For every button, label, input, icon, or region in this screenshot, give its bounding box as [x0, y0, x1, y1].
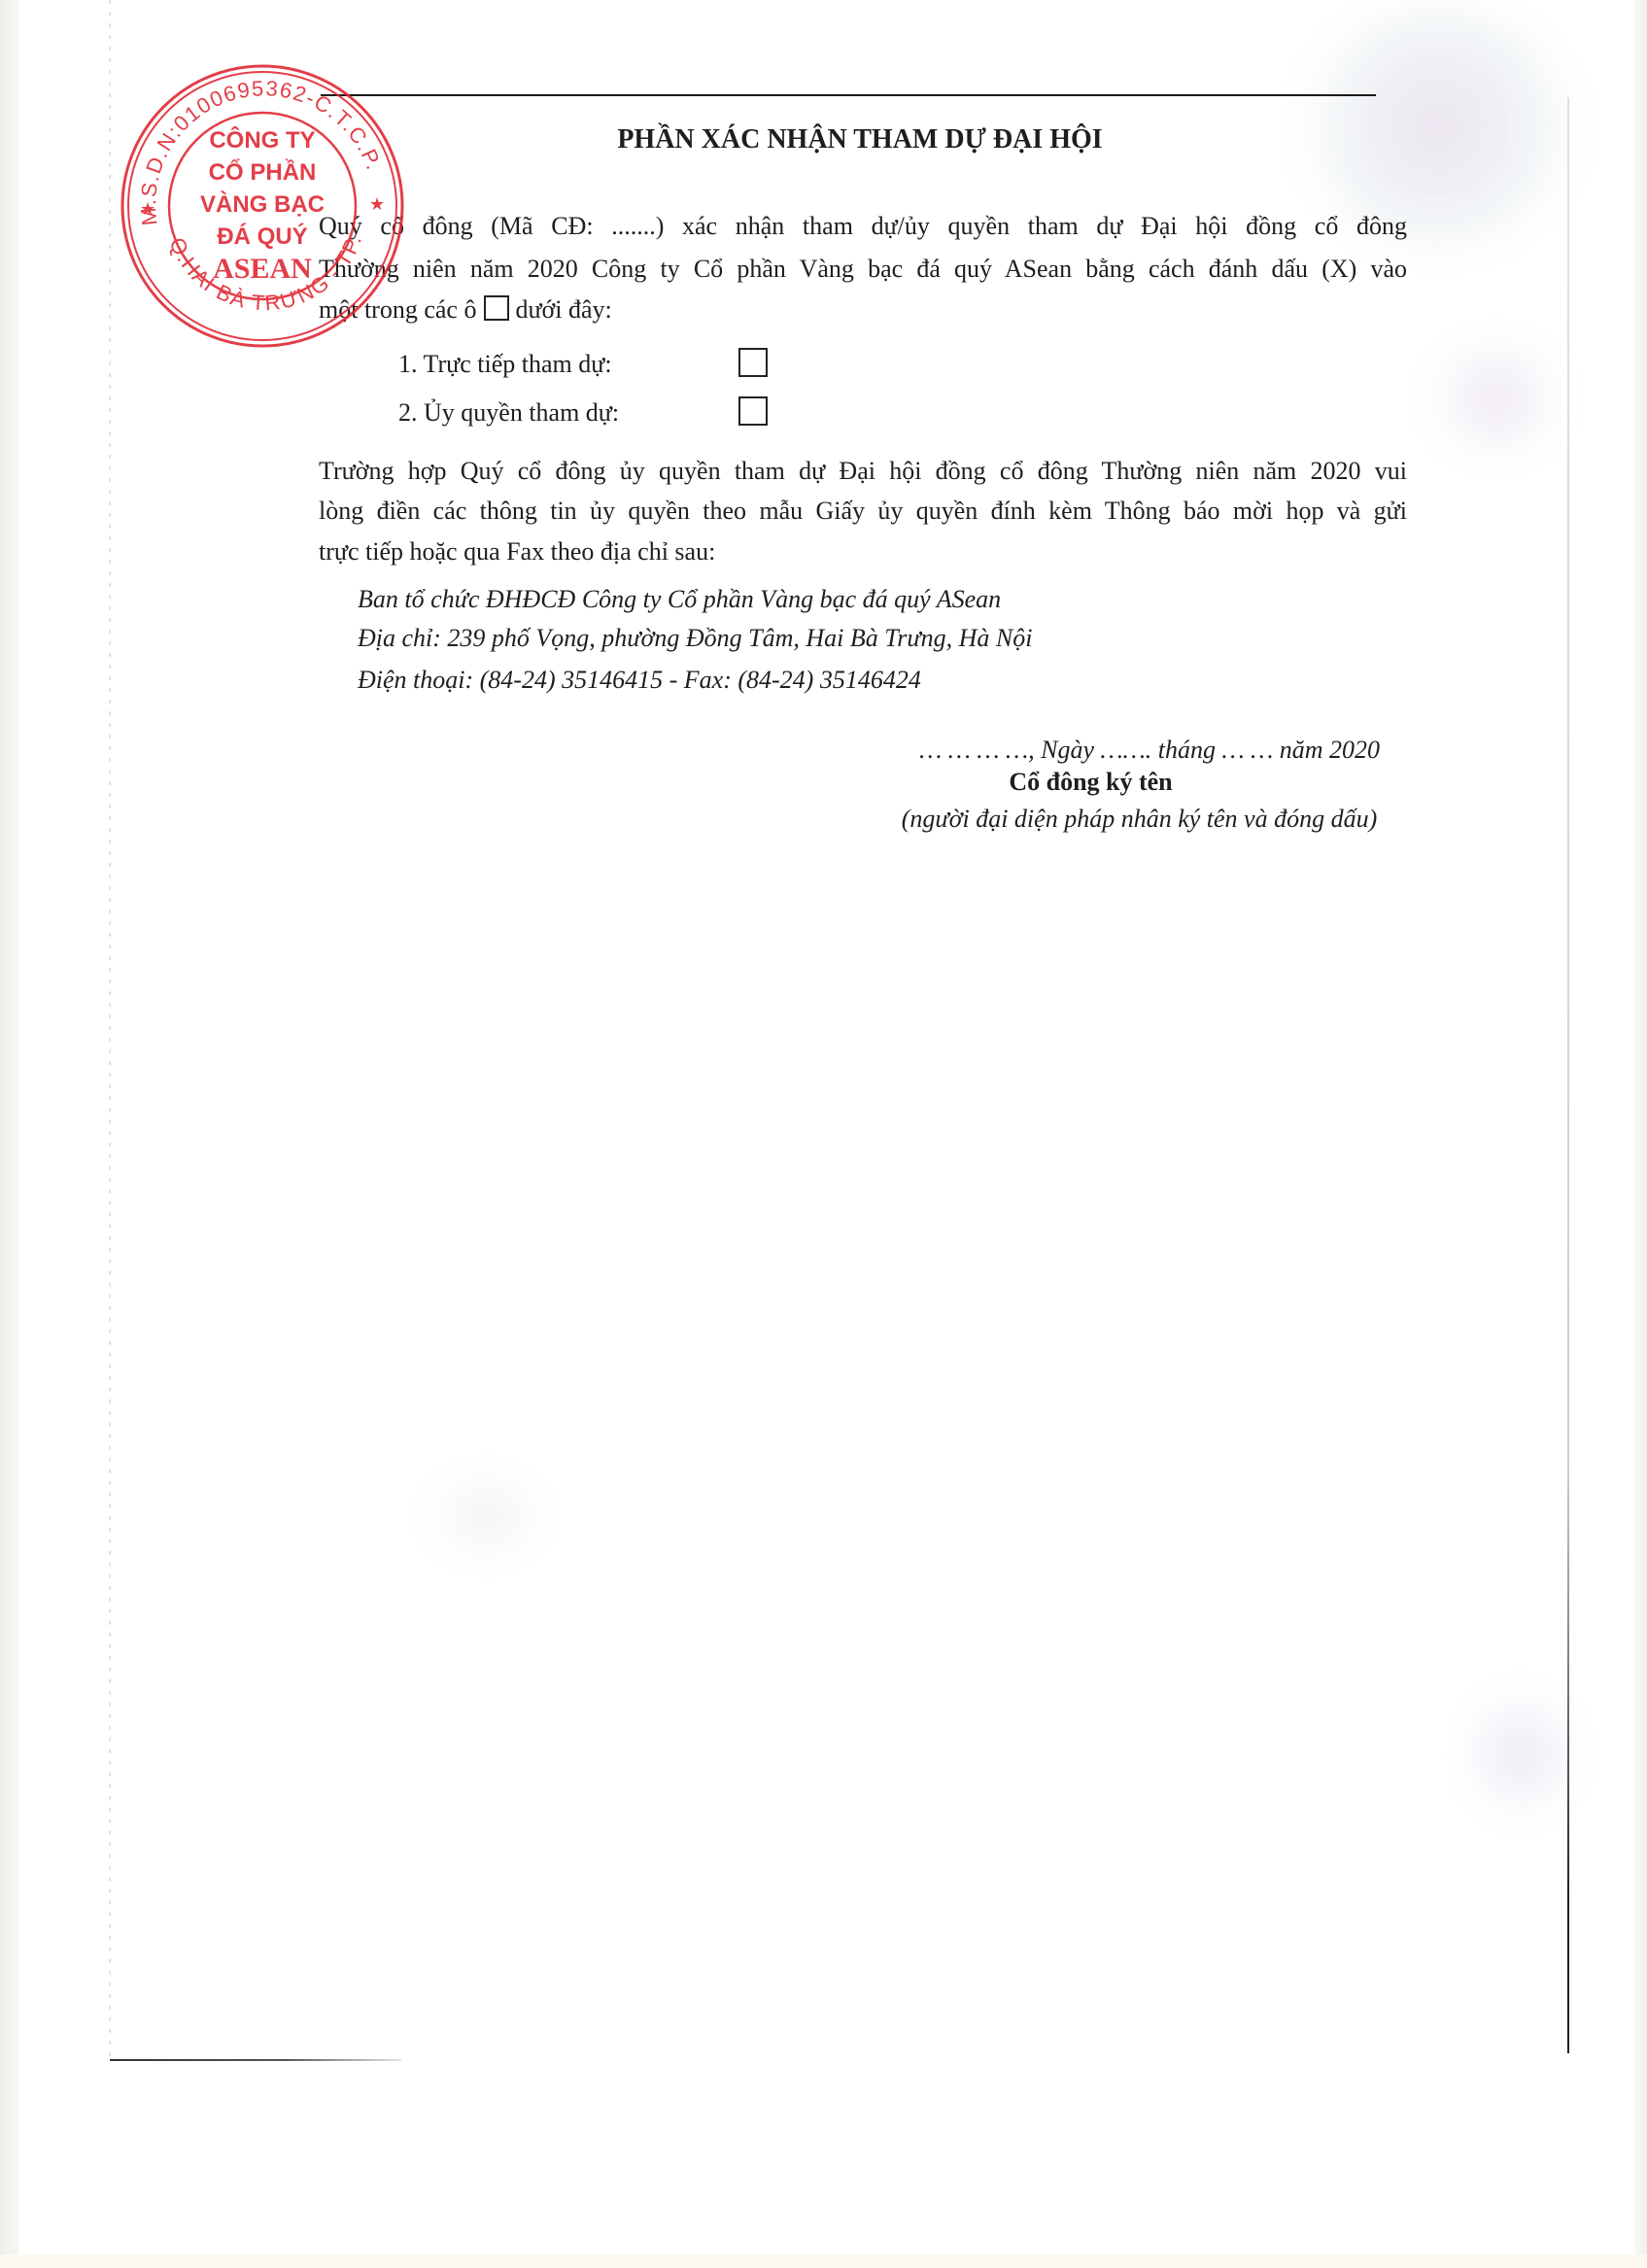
stamp-line: CỔ PHẦN: [185, 156, 340, 189]
scan-noise: [1409, 340, 1584, 457]
scan-noise: [1467, 1671, 1574, 1837]
bottom-rule: [110, 2059, 401, 2061]
star-icon: ★: [369, 194, 385, 215]
option-proxy-label: 2. Ủy quyền tham dự:: [398, 398, 619, 428]
scan-dotted-line: [109, 0, 111, 2060]
signature-title: Cổ đông ký tên: [845, 768, 1336, 797]
contact-organizer: Ban tổ chức ĐHĐCĐ Công ty Cổ phần Vàng b…: [358, 585, 1001, 614]
intro-line-3-after: dưới đây:: [515, 295, 611, 324]
stamp-line: VÀNG BẠC: [185, 189, 340, 221]
intro-line-2: Thường niên năm 2020 Công ty Cổ phần Vàn…: [319, 257, 1407, 282]
scan-edge-left: [0, 0, 19, 2268]
stamp-line-asean: ASEAN: [185, 253, 340, 285]
proxy-line-3: trực tiếp hoặc qua Fax theo địa chỉ sau:: [319, 539, 715, 565]
scan-noise: [408, 1477, 564, 1555]
option-proxy-checkbox[interactable]: [738, 396, 768, 426]
stamp-line: ĐÁ QUÝ: [185, 221, 340, 253]
contact-phone-fax: Điện thoại: (84-24) 35146415 - Fax: (84-…: [358, 666, 921, 695]
contact-address: Địa chỉ: 239 phố Vọng, phường Đồng Tâm, …: [358, 624, 1032, 653]
example-checkbox-icon: [484, 295, 509, 321]
option-attend-directly-checkbox[interactable]: [738, 348, 768, 377]
star-icon: ★: [140, 199, 155, 220]
right-margin-rule: [1567, 97, 1569, 2053]
proxy-line-1: Trường hợp Quý cổ đông ủy quyền tham dự …: [319, 459, 1407, 484]
signature-date-line: … … … …, Ngày ……. tháng … … năm 2020: [889, 736, 1380, 765]
option-attend-directly-label: 1. Trực tiếp tham dự:: [398, 350, 612, 379]
scan-edge-bottom: [0, 2254, 1647, 2268]
signature-note: (người đại diện pháp nhân ký tên và đóng…: [870, 805, 1409, 834]
top-rule: [321, 94, 1376, 96]
stamp-inner-text: CÔNG TY CỔ PHẦN VÀNG BẠC ĐÁ QUÝ ASEAN: [185, 124, 340, 285]
stamp-line: CÔNG TY: [185, 124, 340, 156]
intro-line-1: Quý cổ đông (Mã CĐ: .......) xác nhận th…: [319, 214, 1407, 239]
proxy-line-2: lòng điền các thông tin ủy quyền theo mẫ…: [319, 498, 1407, 524]
scan-edge-right: [1633, 0, 1647, 2268]
